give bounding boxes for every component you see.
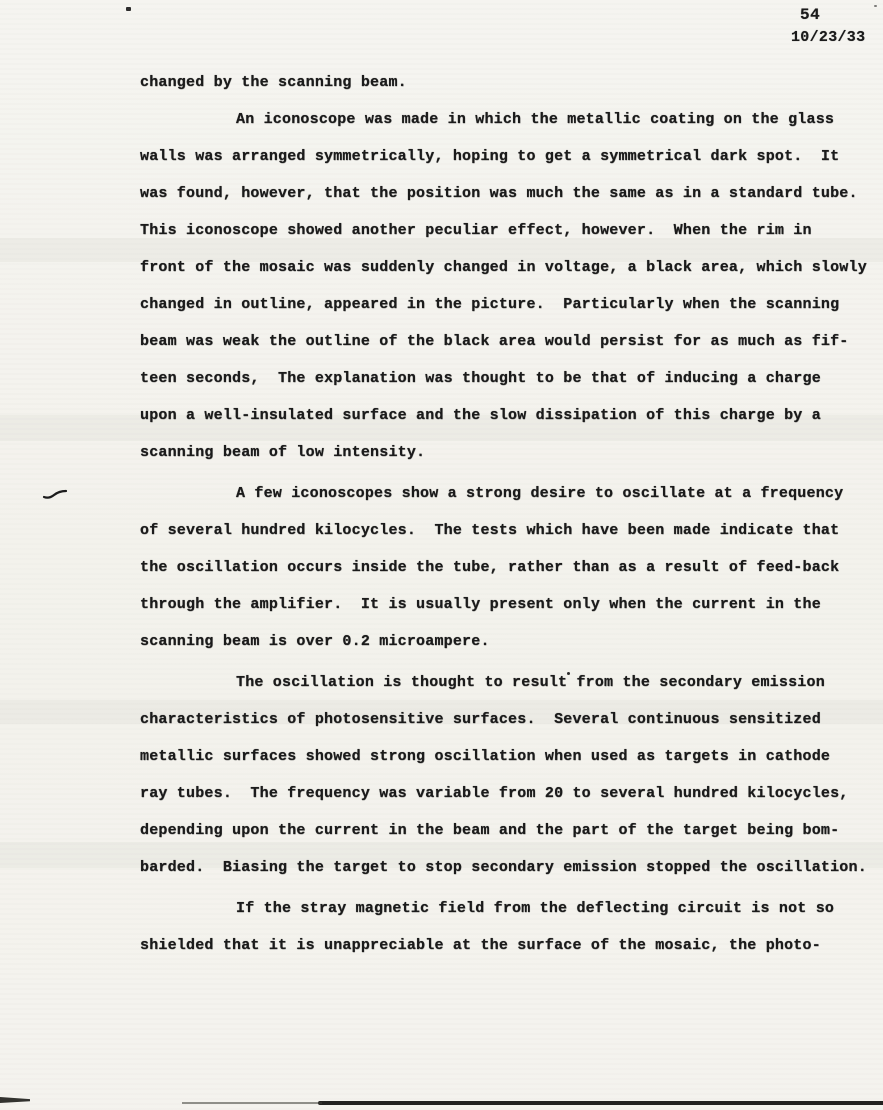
scan-speck	[874, 5, 877, 7]
typed-line: This iconoscope showed another peculiar …	[140, 212, 882, 249]
typed-line: walls was arranged symmetrically, hoping…	[140, 138, 882, 175]
page-number: 54	[800, 6, 820, 24]
typed-line: through the amplifier. It is usually pre…	[140, 586, 882, 623]
typed-line: front of the mosaic was suddenly changed…	[140, 249, 882, 286]
typed-line: changed by the scanning beam.	[140, 64, 882, 101]
typed-line: of several hundred kilocycles. The tests…	[140, 512, 882, 549]
typed-line: scanning beam of low intensity.	[140, 434, 882, 471]
typed-line: was found, however, that the position wa…	[140, 175, 882, 212]
typed-line: shielded that it is unappreciable at the…	[140, 927, 882, 964]
typed-line: teen seconds, The explanation was though…	[140, 360, 882, 397]
scan-artifact-corner-mark	[0, 1097, 30, 1103]
typed-line: ray tubes. The frequency was variable fr…	[140, 775, 882, 812]
typed-line: A few iconoscopes show a strong desire t…	[140, 475, 882, 512]
scan-artifact-bottom-rule-faint	[182, 1102, 322, 1104]
typed-line: characteristics of photosensitive surfac…	[140, 701, 882, 738]
typed-line: If the stray magnetic field from the def…	[140, 890, 882, 927]
scan-speck	[567, 672, 570, 675]
typed-line: barded. Biasing the target to stop secon…	[140, 849, 882, 886]
scanned-document-page: { "page": { "number": "54", "date": "10/…	[0, 0, 883, 1110]
typed-text: changed by the scanning beam.An iconosco…	[140, 64, 882, 964]
scan-speck	[126, 7, 131, 11]
typed-line: depending upon the current in the beam a…	[140, 812, 882, 849]
typed-line: beam was weak the outline of the black a…	[140, 323, 882, 360]
typed-line: the oscillation occurs inside the tube, …	[140, 549, 882, 586]
page-date: 10/23/33	[791, 29, 865, 46]
typed-line: metallic surfaces showed strong oscillat…	[140, 738, 882, 775]
scan-artifact-bottom-rule	[318, 1101, 883, 1105]
typed-line: scanning beam is over 0.2 microampere.	[140, 623, 882, 660]
typed-line: upon a well-insulated surface and the sl…	[140, 397, 882, 434]
typed-line: changed in outline, appeared in the pict…	[140, 286, 882, 323]
typed-line: An iconoscope was made in which the meta…	[140, 101, 882, 138]
typed-line: The oscillation is thought to result fro…	[140, 664, 882, 701]
handwritten-margin-mark	[42, 486, 68, 502]
